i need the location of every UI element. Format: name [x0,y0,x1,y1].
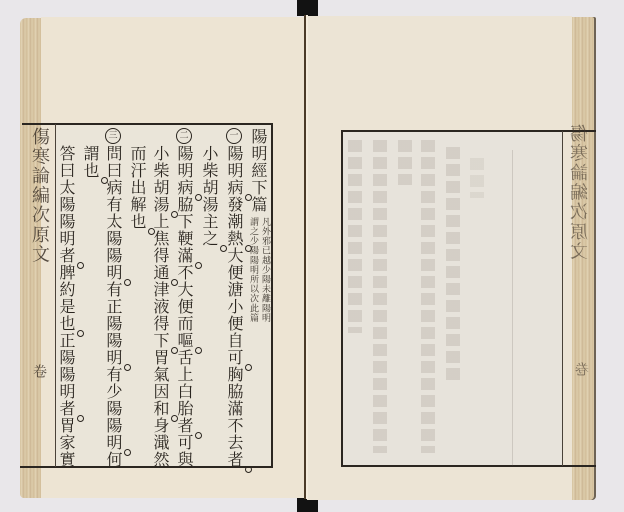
binding-gap-bottom [297,498,318,512]
phrase: 謂也 [81,145,100,179]
phrase: 小柴胡湯主之 [200,145,219,247]
left-frame-right-rule [271,123,273,468]
phrase: 有少陽陽明 [104,366,123,451]
phrase: 胃家實 [57,417,76,468]
phrase: 何 [104,451,123,468]
right-frame-left-rule [341,130,343,467]
phrase: 小柴胡湯 [151,145,170,213]
right-frame-top-rule [341,130,596,132]
phrase: 上焦得通 [151,213,170,281]
bleed-through-column [348,140,362,333]
text-column: 謂也 [80,145,100,179]
phrase: 有正陽陽明 [104,281,123,366]
text-column: 答曰太陽陽明者脾約是也正陽陽明者胃家實 [56,145,76,468]
phrase: 小便自可 [225,298,244,366]
right-margin-title-bleed: 傷寒論編次原文 [570,124,592,261]
phrase: 太陽陽明者 [57,179,76,264]
chapter-note-line-1: 凡外邪已越少陽未離陽明 [259,217,270,323]
text-column: 而汗出解也 [127,145,147,230]
phrase: 脇下鞕滿 [175,196,194,264]
bleed-through-column [470,158,484,198]
phrase: 身濈然 [151,417,170,468]
text-column: 小柴胡湯主之 [199,145,219,247]
bleed-through-column [421,140,435,453]
phrase: 陽明病 [175,145,194,196]
phrase: 而汗出解也 [128,145,147,230]
left-margin-volume: 卷 [28,364,50,380]
center-fold-highlight [306,15,308,499]
binding-gap-top [297,0,318,16]
chapter-title: 陽明經下篇 [248,128,268,213]
section-number-circle: 三 [105,128,121,144]
phrase: 陽明病 [225,145,244,196]
bleed-through-column [373,140,387,453]
left-frame-top-rule [22,123,273,125]
phrase: 津液得下 [151,281,170,349]
section-number-circle: 一 [226,128,242,144]
section-number-circle: 二 [176,128,192,144]
phrase: 不大便而嘔 [175,264,194,349]
text-column: 小柴胡湯上焦得通津液得下胃氣因和身濈然 [150,145,170,468]
right-margin-volume-bleed: 卷 [572,362,594,378]
bleed-through-rule [512,150,513,466]
phrase: 問曰 [104,145,123,179]
chapter-note-line-2: 謂之少陽陽明所以次此篇 [247,217,258,323]
phrase: 答曰 [57,145,76,179]
phrase: 舌上白胎者 [175,349,194,434]
phrase: 大便溏 [225,247,244,298]
phrase: 正陽陽明者 [57,332,76,417]
left-margin-title: 傷寒論編次原文 [28,127,50,264]
phrase: 發潮熱 [225,196,244,247]
phrase: 脾約是也 [57,264,76,332]
phrase: 胸脇滿不去者 [225,366,244,468]
phrase: 病有太陽陽明 [104,179,123,281]
bleed-through-column [446,147,460,380]
bleed-through-column [398,140,412,185]
right-margin-divider [562,131,563,466]
phrase: 可與 [175,434,194,468]
right-frame-bottom-rule [341,465,596,467]
phrase: 胃氣因和 [151,349,170,417]
text-column: 一陽明病發潮熱大便溏小便自可胸脇滿不去者 [224,128,244,468]
